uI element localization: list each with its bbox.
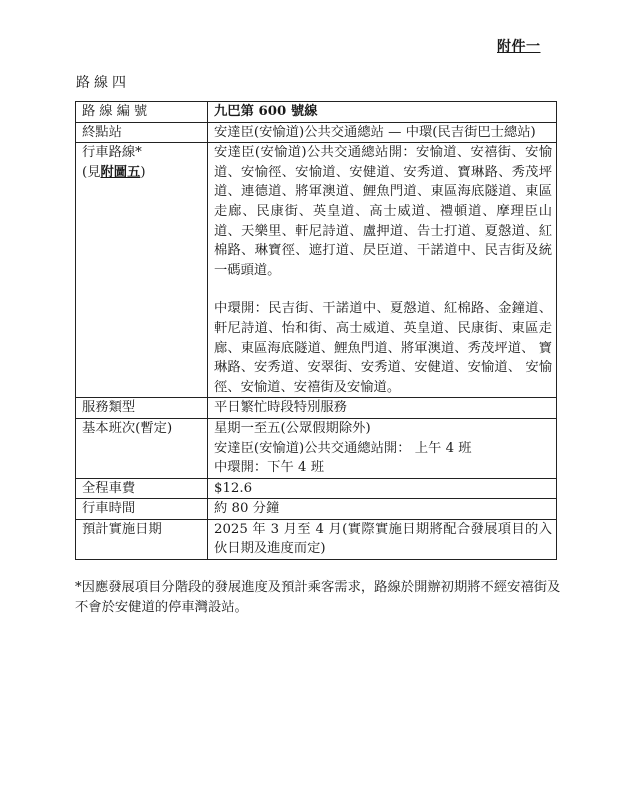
service-type-label: 服務類型 [76,398,208,419]
terminus-value: 安達臣(安愉道)公共交通總站 — 中環(民吉街巴士總站) [208,122,557,143]
annex-label: 附件一 [497,36,541,56]
service-type-value: 平日繁忙時段特別服務 [208,398,557,419]
routing-outbound: 安達臣(安愉道)公共交通總站開：安愉道、安禧街、安愉道、安愉徑、安愉道、安健道、… [214,143,552,280]
frequency-label: 基本班次(暫定) [76,418,208,478]
routing-label-cell: 行車路線* (見附圖五) [76,143,208,398]
routing-inbound: 中環開：民吉街、干諾道中、夏慤道、紅棉路、金鐘道、軒尼詩道、怡和街、高士威道、英… [214,299,552,397]
table-row-frequency: 基本班次(暫定) 星期一至五(公眾假期除外) 安達臣(安愉道)公共交通總站開： … [76,418,557,478]
journey-time-label: 行車時間 [76,499,208,520]
journey-time-value: 約 80 分鐘 [208,499,557,520]
table-row-implementation: 預計實施日期 2025 年 3 月至 4 月(實際實施日期將配合發展項目的入伙日… [76,519,557,559]
footnote: *因應發展項目分階段的發展進度及預計乘客需求，路線於開辦初期將不經安禧街及不會於… [75,578,561,618]
table-row-fare: 全程車費 $12.6 [76,478,557,499]
table-row-route-number: 路線編號 九巴第 600 號線 [76,102,557,123]
table-row-service-type: 服務類型 平日繁忙時段特別服務 [76,398,557,419]
implementation-label: 預計實施日期 [76,519,208,559]
table-row-journey-time: 行車時間 約 80 分鐘 [76,499,557,520]
fare-label: 全程車費 [76,478,208,499]
frequency-value-cell: 星期一至五(公眾假期除外) 安達臣(安愉道)公共交通總站開： 上午 4 班 中環… [208,418,557,478]
sublabel-prefix: (見 [82,165,101,180]
annex-map-link[interactable]: 附圖五 [101,165,141,180]
frequency-line: 星期一至五(公眾假期除外) [214,419,552,439]
implementation-value: 2025 年 3 月至 4 月(實際實施日期將配合發展項目的入伙日期及進度而定) [208,519,557,559]
section-title: 路線四 [76,72,130,92]
routing-value-cell: 安達臣(安愉道)公共交通總站開：安愉道、安禧街、安愉道、安愉徑、安愉道、安健道、… [208,143,557,398]
table-row-terminus: 終點站 安達臣(安愉道)公共交通總站 — 中環(民吉街巴士總站) [76,122,557,143]
spacer [214,280,552,299]
terminus-label: 終點站 [76,122,208,143]
frequency-line: 中環開：下午 4 班 [214,458,552,478]
table-row-routing: 行車路線* (見附圖五) 安達臣(安愉道)公共交通總站開：安愉道、安禧街、安愉道… [76,143,557,398]
frequency-line: 安達臣(安愉道)公共交通總站開： 上午 4 班 [214,439,552,459]
route-number-value: 九巴第 600 號線 [208,102,557,123]
sublabel-suffix: ) [140,165,145,180]
route-number-label: 路線編號 [76,102,208,123]
route-info-table: 路線編號 九巴第 600 號線 終點站 安達臣(安愉道)公共交通總站 — 中環(… [75,101,557,560]
fare-value: $12.6 [208,478,557,499]
routing-sublabel: (見附圖五) [82,163,203,183]
routing-label: 行車路線* [82,143,203,163]
